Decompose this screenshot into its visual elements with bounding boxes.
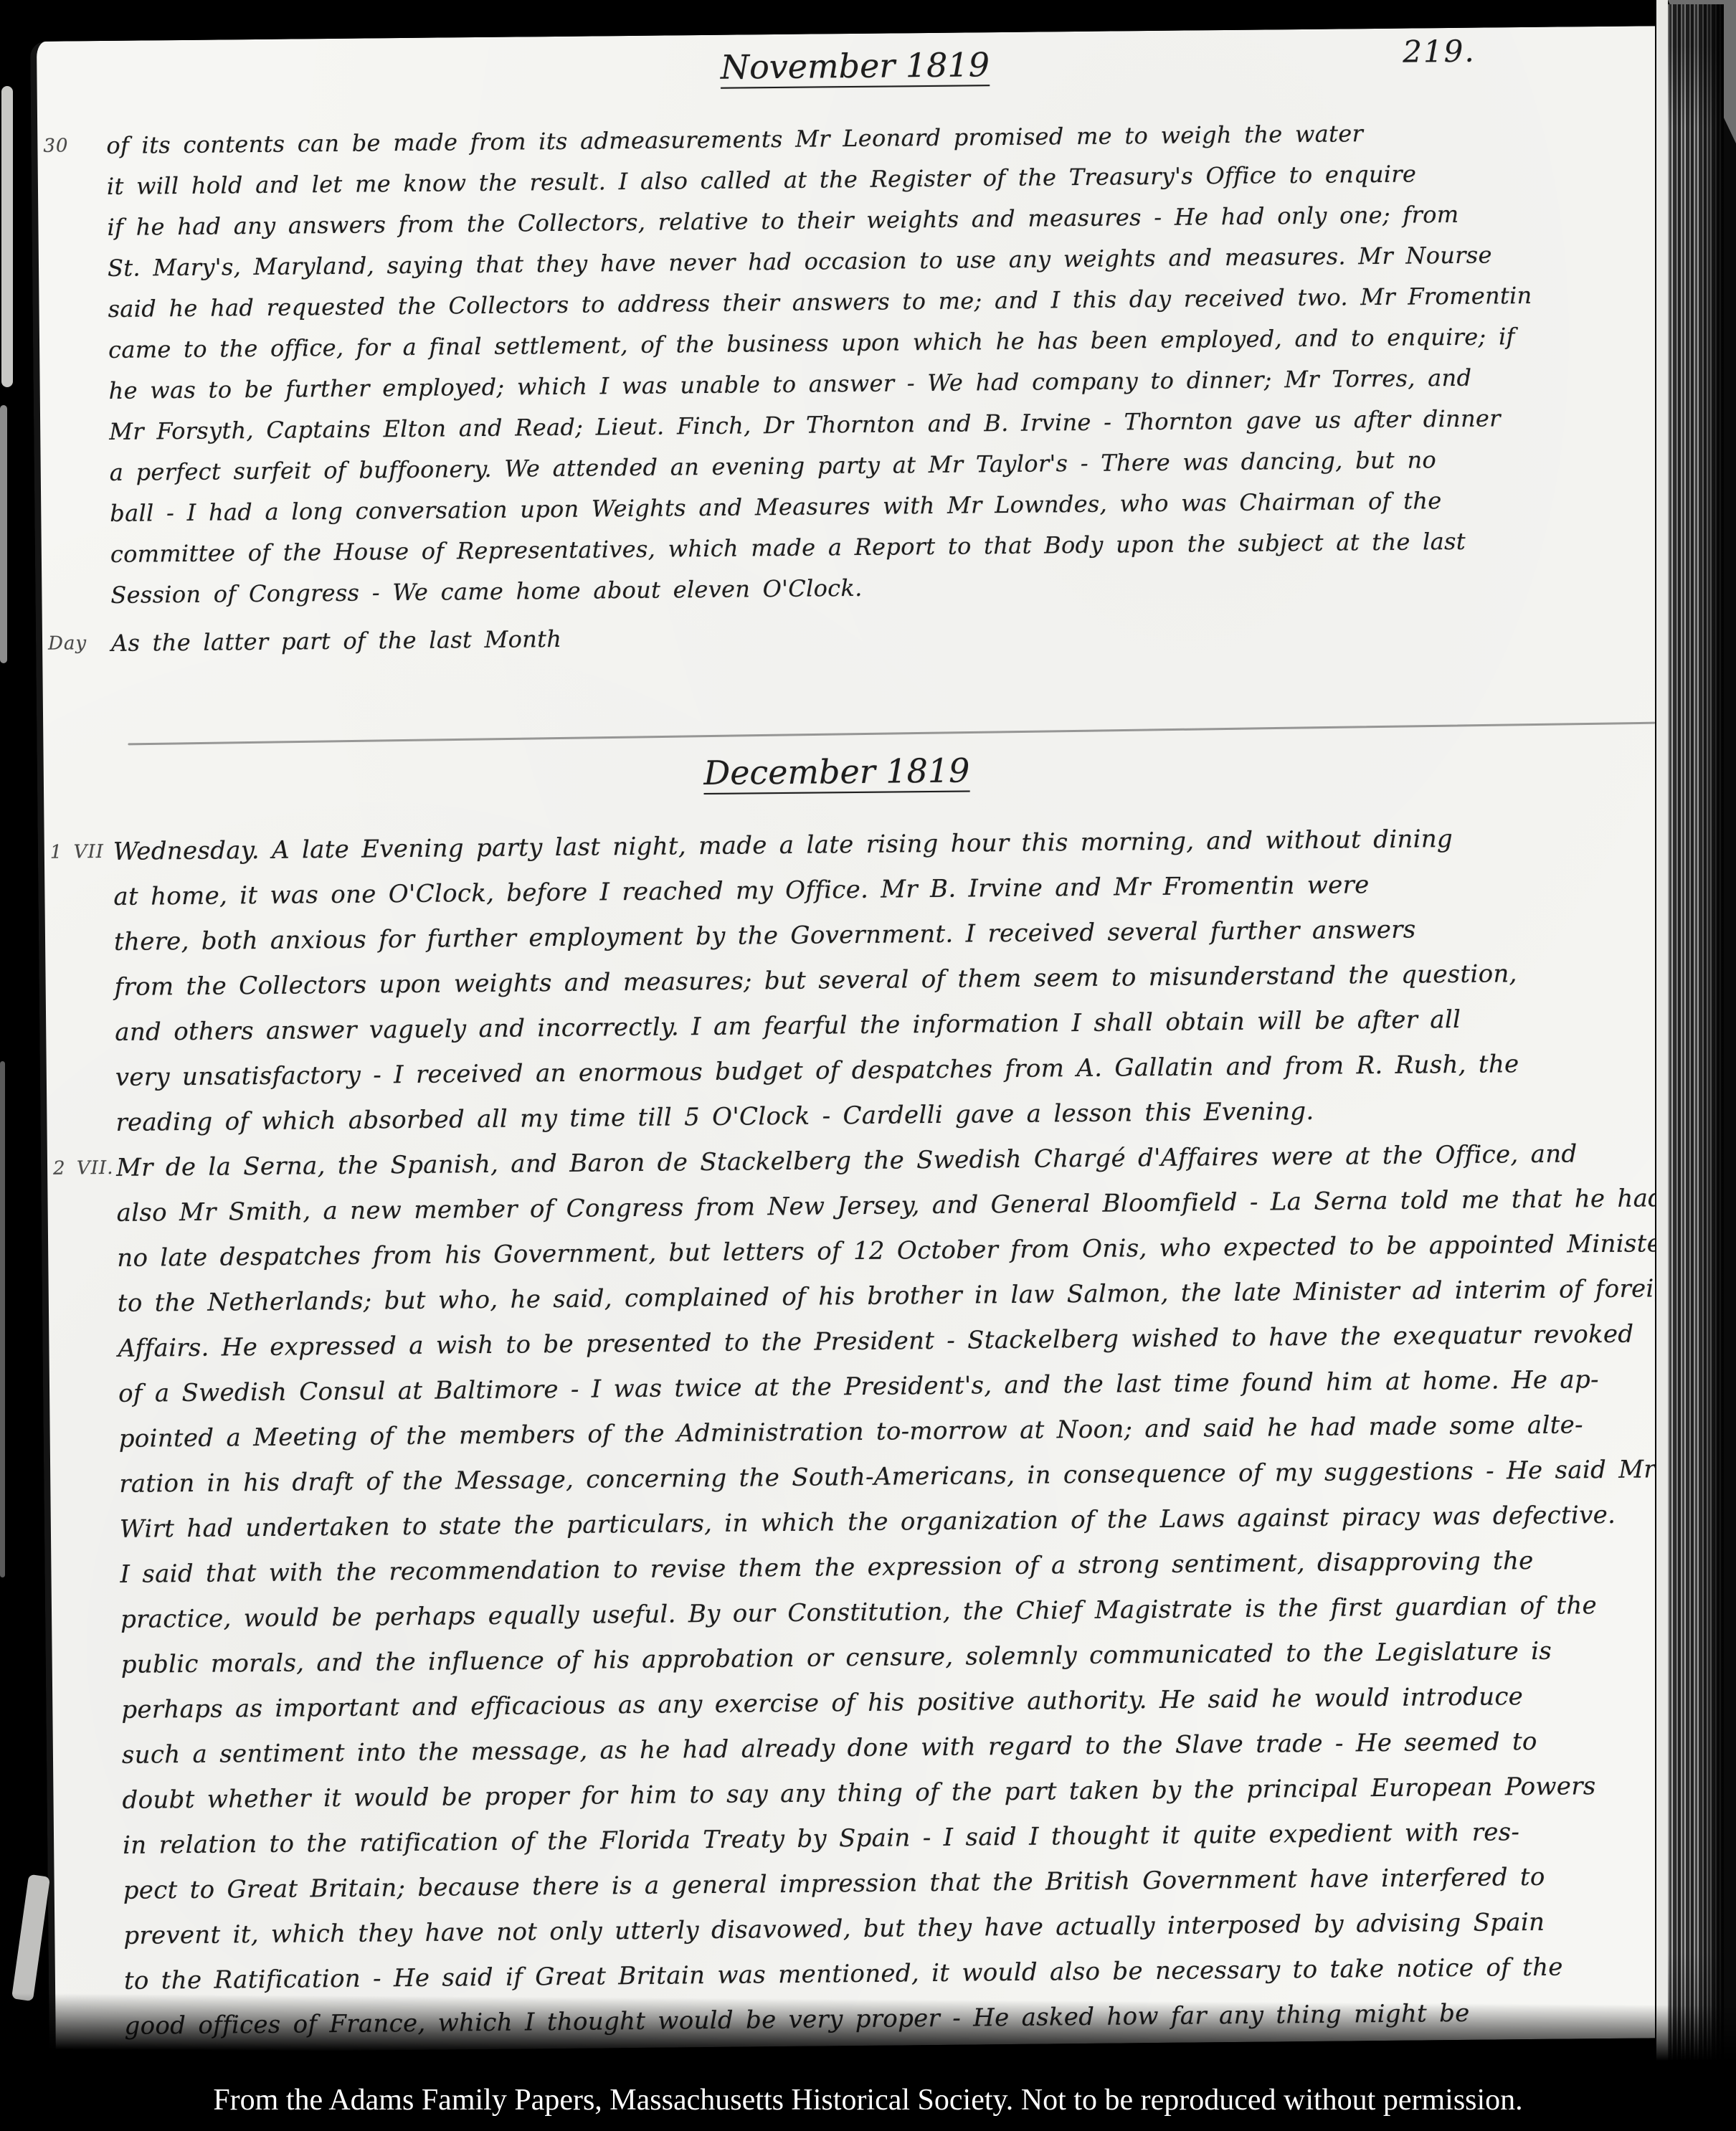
margin-date-marker: Day [48,623,109,665]
margin-date-marker: 30 [43,125,104,167]
month-summary-line: Day As the latter part of the last Month [111,608,1647,664]
diary-page: 219. November 1819 30 of its contents ca… [30,26,1692,2054]
adjacent-page-edge [1,86,13,387]
margin-date-marker: 2 VII. [53,1146,114,1192]
november-entry: 30 of its contents can be made from its … [106,110,1647,664]
credit-caption: From the Adams Family Papers, Massachuse… [0,2074,1736,2131]
adjacent-page-edge [0,405,7,663]
book-fore-edge-texture [1668,4,1724,2077]
margin-date-marker: 1 VII [50,830,111,875]
adjacent-page-edge [0,1061,5,1577]
december-entries: 1 VII Wednesday. A late Evening party la… [113,815,1661,2049]
scanned-diary-screenshot: 219. November 1819 30 of its contents ca… [0,0,1736,2131]
adjacent-page-edge [11,1874,50,2001]
page-edge-highlight [1656,0,1668,2076]
december-heading: December 1819 [30,744,1655,799]
november-heading: November 1819 [37,39,1673,93]
section-divider-rule [128,722,1655,746]
